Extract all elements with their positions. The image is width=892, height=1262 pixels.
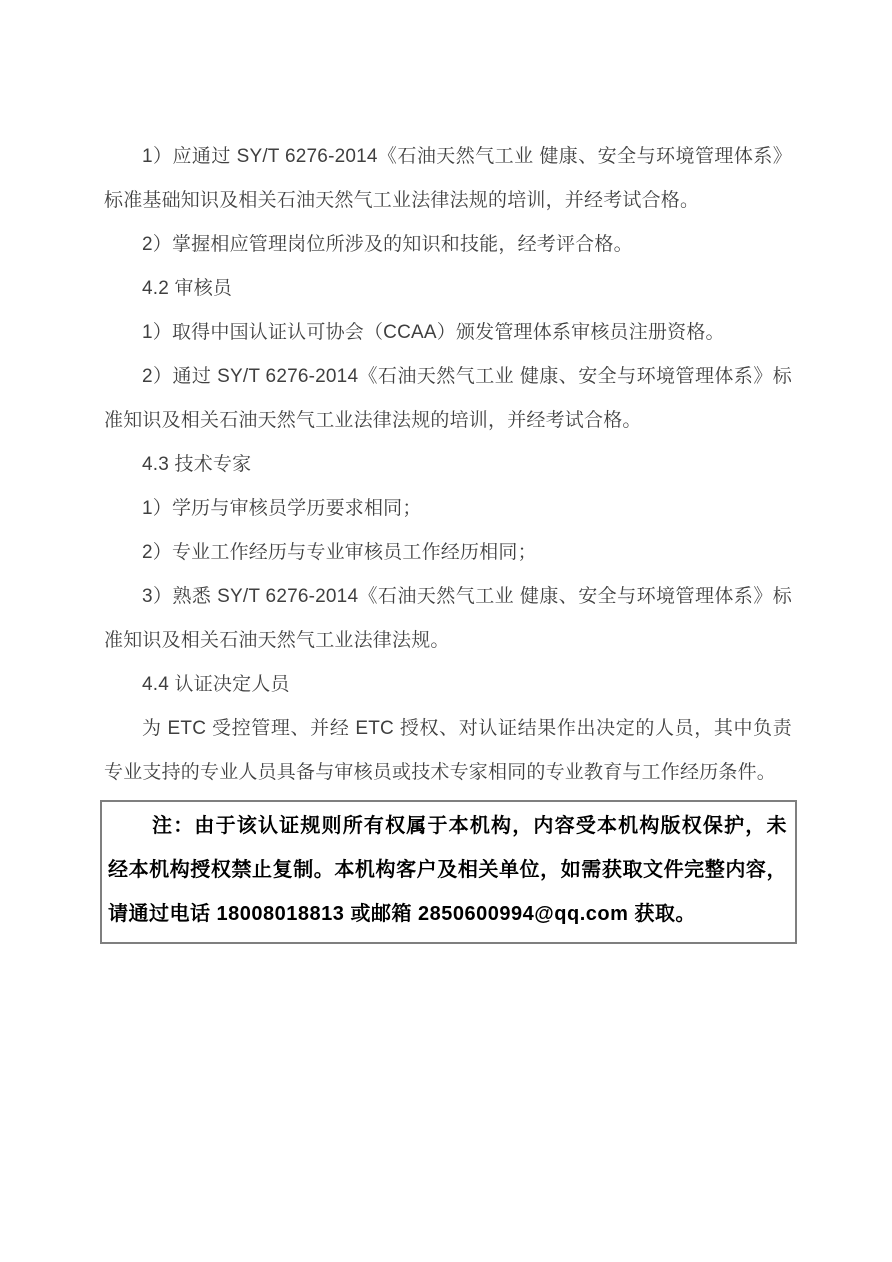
paragraph-auditor-req-2: 2）通过 SY/T 6276-2014《石油天然气工业 健康、安全与环境管理体系… xyxy=(104,355,792,443)
paragraph-requirement-2: 2）掌握相应管理岗位所涉及的知识和技能，经考评合格。 xyxy=(104,223,792,267)
copyright-note-box: 注：由于该认证规则所有权属于本机构，内容受本机构版权保护，未经本机构授权禁止复制… xyxy=(100,800,797,944)
paragraph-decision-person: 为 ETC 受控管理、并经 ETC 授权、对认证结果作出决定的人员，其中负责专业… xyxy=(104,707,792,795)
document-content: 1）应通过 SY/T 6276-2014《石油天然气工业 健康、安全与环境管理体… xyxy=(104,135,792,944)
paragraph-expert-req-1: 1）学历与审核员学历要求相同； xyxy=(104,487,792,531)
document-page: 1）应通过 SY/T 6276-2014《石油天然气工业 健康、安全与环境管理体… xyxy=(0,0,892,1262)
heading-4-3-technical-expert: 4.3 技术专家 xyxy=(104,443,792,487)
paragraph-auditor-req-1: 1）取得中国认证认可协会（CCAA）颁发管理体系审核员注册资格。 xyxy=(104,311,792,355)
copyright-note-text: 注：由于该认证规则所有权属于本机构，内容受本机构版权保护，未经本机构授权禁止复制… xyxy=(108,804,787,936)
heading-4-4-decision-person: 4.4 认证决定人员 xyxy=(104,663,792,707)
paragraph-expert-req-2: 2）专业工作经历与专业审核员工作经历相同； xyxy=(104,531,792,575)
heading-4-2-auditor: 4.2 审核员 xyxy=(104,267,792,311)
paragraph-requirement-1: 1）应通过 SY/T 6276-2014《石油天然气工业 健康、安全与环境管理体… xyxy=(104,135,792,223)
paragraph-expert-req-3: 3）熟悉 SY/T 6276-2014《石油天然气工业 健康、安全与环境管理体系… xyxy=(104,575,792,663)
